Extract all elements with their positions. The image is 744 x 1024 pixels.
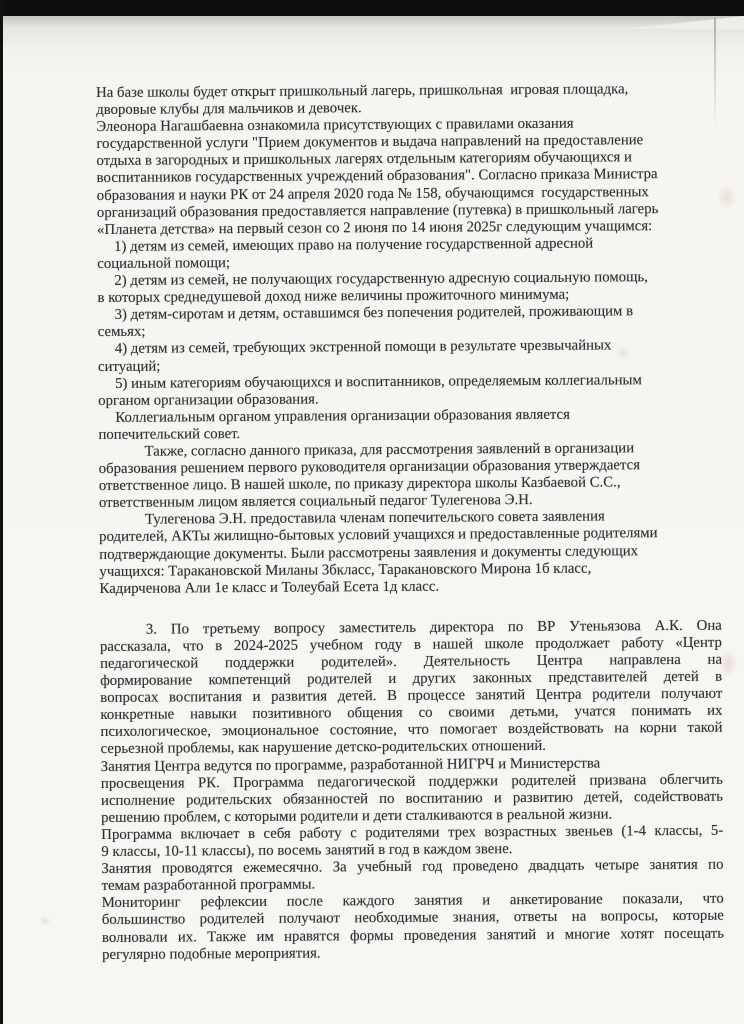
scan-smudge bbox=[39, 916, 51, 926]
document-page: На базе школы будет открыт пришкольный л… bbox=[3, 16, 744, 1024]
scan-smudge bbox=[717, 184, 737, 210]
text-line: регулярно подобные мероприятия. bbox=[102, 942, 724, 963]
scanner-edge-top bbox=[0, 0, 744, 16]
paper-corner-highlight bbox=[624, 16, 744, 29]
scanned-document-screenshot: { "colors": { "scanner_background": "#0f… bbox=[0, 0, 744, 1024]
document-text: На базе школы будет открыт пришкольный л… bbox=[96, 81, 724, 964]
